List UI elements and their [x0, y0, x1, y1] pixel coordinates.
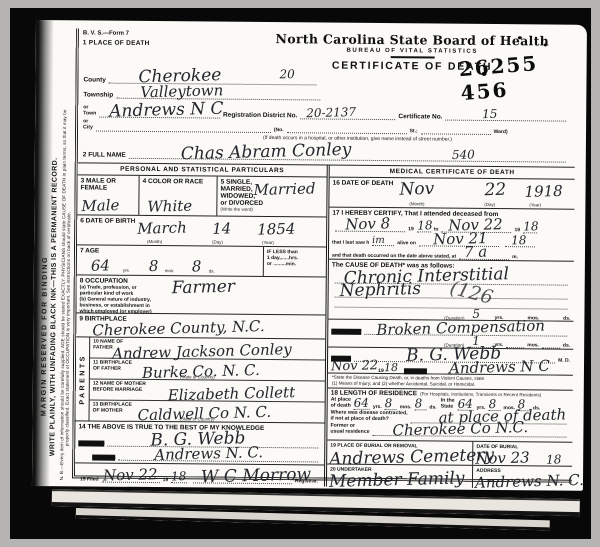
signed-date-value: Nov 22: [331, 358, 379, 374]
mother-birthplace-row: 13 BIRTHPLACE OF MOTHER (State or Countr…: [90, 400, 325, 422]
personal-column: PERSONAL AND STATISTICAL PARTICULARS 3 M…: [75, 163, 330, 486]
registration-district-label: Registration District No.: [223, 112, 297, 120]
at-place-years-field: 64: [354, 401, 370, 410]
screenshot-viewport: MARGIN RESERVED FOR BINDING WRITE PLAINL…: [0, 0, 600, 547]
dod-day-hint: (Day): [484, 202, 495, 207]
dod-year-hint: (Year): [529, 202, 541, 207]
age-label: 7 AGE: [80, 247, 260, 256]
section-place-of-death-label: 1 PLACE OF DEATH: [83, 39, 249, 47]
age-cell: 7 AGE 64 yrs. 8 mos. 8 ds.: [77, 245, 264, 276]
at-place-days-field: 8: [414, 401, 426, 410]
filed-year-field: 18: [171, 474, 187, 483]
medical-column: MEDICAL CERTIFICATE OF DEATH 16 DATE OF …: [327, 166, 575, 489]
if-less-line3: or .........min.: [267, 261, 323, 267]
occupation-row: 8 OCCUPATION (a) Trade, profession, or p…: [76, 275, 325, 315]
father-birthplace-value: Burke Co. N. C.: [142, 361, 260, 382]
informant-address-field: Andrews N. C.: [119, 452, 319, 463]
mother-birthplace-value: Caldwell Co N. C.: [137, 403, 271, 424]
former-residence-value: Cherokee Co N.C.: [392, 418, 528, 440]
board-name: North Carolina State Board of Health: [249, 31, 576, 49]
full-name-label: 2 FULL NAME: [83, 151, 126, 158]
occupation-value: Farmer: [171, 277, 235, 299]
attended-from-value: Nov 8: [345, 214, 390, 233]
sex-race-marital-row: 3 MALE OR FEMALE Male 4 COLOR OR RACE Wh…: [77, 175, 326, 217]
marital-hint: (Write the word): [220, 207, 323, 213]
filed-row: 15 Filed Nov 22 19 18 W C Morrow R: [75, 463, 324, 485]
registrar-signature: W C Morrow: [201, 465, 311, 488]
county-label: County: [83, 76, 105, 83]
attended-to-year-field: 18: [523, 224, 537, 233]
cause-row: The CAUSE OF DEATH* was as follows: Chro…: [328, 260, 574, 322]
attended-from-year-field: 18: [417, 223, 431, 232]
sex-label2: FEMALE: [81, 184, 136, 191]
full-name-value: Chas Abram Conley: [181, 140, 352, 164]
dod-year-value: 1918: [524, 182, 563, 201]
undertaker-cell: 20 UNDERTAKER Member Family: [327, 465, 473, 488]
last-seen-year-field: 18: [505, 238, 535, 247]
age-mos-unit: mos.: [165, 268, 175, 273]
dod-month-hint: (Month): [409, 201, 424, 206]
race-label: 4 COLOR OR RACE: [143, 178, 214, 186]
residence-row: 18 LENGTH OF RESIDENCE (For Hospitals, I…: [327, 389, 572, 443]
at-place-years: 64: [354, 396, 370, 410]
filed-year-value: 18: [171, 469, 187, 483]
age-ds-unit: ds.: [209, 269, 215, 274]
margin-note-binding: MARGIN RESERVED FOR BINDING: [41, 256, 49, 416]
last-seen-year: 18: [511, 233, 527, 247]
registration-district-value: 20-2137: [306, 105, 356, 120]
full-name-number: 540: [452, 147, 475, 162]
birthplace-row: 9 BIRTHPLACE Cherokee County, N.C.: [76, 313, 325, 339]
age-row: 7 AGE 64 yrs. 8 mos. 8 ds. IF LESS than …: [77, 245, 326, 277]
certify-m-label: m.: [512, 254, 518, 260]
footnote-line2: (1) Means of Injury; and (2) whether Acc…: [332, 380, 569, 388]
dod-month-value: Nov: [399, 179, 434, 200]
signed-row: (Signed) B. G. Webb M. D. Nov 22 19 18: [328, 348, 573, 376]
parents-block: PARENTS 10 NAME OF FATHER Andrew Jackson…: [75, 337, 325, 423]
him-value: im: [372, 235, 385, 246]
registration-district-field: 20-2137: [300, 110, 395, 120]
city-label: or City: [83, 119, 93, 131]
father-birthplace-row: 11 BIRTHPLACE OF FATHER (State or Countr…: [90, 358, 325, 381]
contrib-ds-field: [542, 339, 560, 348]
dob-month-value: March: [137, 218, 187, 237]
certificate-no-field: 15: [445, 112, 566, 122]
informant-address-value: Andrews N. C.: [154, 443, 263, 464]
mother-name-row: 12 NAME OF MOTHER BEFORE MARRIAGE Elizab…: [90, 379, 325, 402]
filed-19: 19: [163, 477, 169, 483]
city-field: [96, 123, 271, 134]
at-place-label: At place of death: [331, 398, 351, 410]
signed-date-year: 18: [384, 361, 398, 374]
form-number: B. V. S.—Form 7: [83, 30, 249, 37]
parents-side-label: PARENTS: [79, 354, 86, 404]
attestation-row: 14 THE ABOVE IS TRUE TO THE BEST OF MY K…: [75, 421, 324, 465]
informant-address-label: (Address): [92, 455, 115, 461]
filed-date-value: Nov 22: [103, 465, 158, 484]
sex-cell: 3 MALE OR FEMALE Male: [77, 175, 139, 215]
attended-to-year: 18: [523, 219, 539, 233]
age-years-value: 64: [91, 256, 111, 274]
undertaker-address-value: Andrews N. C.: [475, 471, 584, 491]
contrib-ds: ds.: [563, 343, 570, 349]
burial-date-value: Nov 23: [475, 448, 530, 467]
margin-note-permanent-record: WRITE PLAINLY, WITH UNFADING BLACK INK—T…: [49, 158, 59, 457]
race-cell: 4 COLOR OR RACE White: [139, 176, 217, 216]
undertaker-address-cell: ADDRESS Andrews N. C.: [473, 466, 572, 489]
margin-note-nb-line2: properly classified. Exact statement of …: [64, 212, 71, 447]
certificate-page: MARGIN RESERVED FOR BINDING WRITE PLAINL…: [32, 20, 587, 491]
former-residence-field: Cherokee Co N.C.: [373, 427, 567, 438]
contrib-mos-field: [506, 339, 524, 348]
dob-year-value: 1854: [257, 220, 296, 239]
burial-row: 19 PLACE OF BURIAL OR REMOVAL Andrews Ce…: [327, 441, 572, 467]
sex-value: Male: [81, 196, 119, 215]
death-time-value: 7 a: [464, 243, 488, 262]
header-rule: [390, 56, 434, 58]
town-label: or Town: [83, 105, 96, 117]
town-field: Andrews N C: [99, 109, 220, 119]
street-no-label: (No.: [274, 127, 284, 133]
full-name-field: Chas Abram Conley 540: [129, 150, 566, 163]
attended-from-year: 18: [417, 218, 433, 232]
ward-field: [421, 125, 491, 135]
filed-date-field: Nov 22: [102, 474, 160, 484]
contrib-mos: mos.: [527, 342, 539, 348]
at-place-months: 8: [385, 396, 393, 410]
ward-label: Ward): [494, 129, 508, 135]
certify-line3: and that death occurred on the date abov…: [332, 253, 456, 260]
if-less-cell: IF LESS than 1 day,......hrs. or .......…: [264, 247, 326, 277]
former-residence-label: Former or usual residence: [330, 424, 369, 436]
dod-day-value: 22: [484, 180, 506, 201]
parents-side-cell: PARENTS: [76, 337, 91, 420]
dob-day-value: 14: [212, 219, 232, 237]
undertaker-row: 20 UNDERTAKER Member Family ADDRESS Andr…: [327, 465, 572, 489]
birthplace-value: Cherokee County, N.C.: [92, 317, 265, 340]
date-of-death-row: 16 DATE OF DEATH Nov 22 1918 (Month) (Da…: [329, 178, 574, 210]
age-yrs-unit: yrs.: [123, 268, 130, 273]
age-days-value: 8: [192, 257, 202, 275]
him-field: im: [372, 237, 394, 246]
street-no-field: [287, 124, 407, 134]
at-place-months-field: 8: [385, 401, 397, 410]
township-label: Township: [83, 91, 113, 98]
marital-value: Married: [253, 179, 315, 199]
filed-label: 15 Filed: [80, 476, 99, 482]
burial-date-year: 18: [546, 452, 562, 466]
father-name-row: 10 NAME OF FATHER Andrew Jackson Conley: [90, 337, 325, 360]
certificate-no-label: Certificate No.: [398, 113, 442, 120]
certificate-no-value: 15: [482, 107, 498, 121]
burial-date-cell: DATE OF BURIAL Nov 23 18: [473, 442, 572, 466]
death-time-field: 7 a: [459, 251, 509, 260]
dob-day-hint: (Day): [212, 240, 223, 245]
at-place-days: 8: [414, 396, 422, 410]
marital-cell: 5 SINGLE, MARRIED, WIDOWED, or DIVORCED …: [217, 177, 326, 217]
dob-row: 6 DATE OF BIRTH March 14 1854 (Month) (D…: [77, 215, 326, 247]
street-label: St.;: [410, 128, 418, 134]
form-columns: PERSONAL AND STATISTICAL PARTICULARS 3 M…: [75, 162, 575, 488]
dob-year-hint: (Year): [262, 240, 274, 245]
age-months-value: 8: [149, 257, 159, 275]
dob-month-hint: (Month): [147, 239, 162, 244]
certificate-form: B. V. S.—Form 7 1 PLACE OF DEATH North C…: [72, 28, 576, 482]
undertaker-value: Member Family: [329, 468, 465, 490]
full-name-row: 2 FULL NAME Chas Abram Conley 540: [78, 139, 575, 163]
certify-row: 17 I HEREBY CERTIFY, That I attended dec…: [329, 208, 574, 262]
county-number: 20: [279, 67, 295, 81]
registrar-signature-field: W C Morrow: [193, 474, 292, 484]
race-value: White: [147, 197, 192, 216]
scan-background: MARGIN RESERVED FOR BINDING WRITE PLAINL…: [10, 8, 591, 539]
burial-place-cell: 19 PLACE OF BURIAL OR REMOVAL Andrews Ce…: [327, 441, 473, 465]
